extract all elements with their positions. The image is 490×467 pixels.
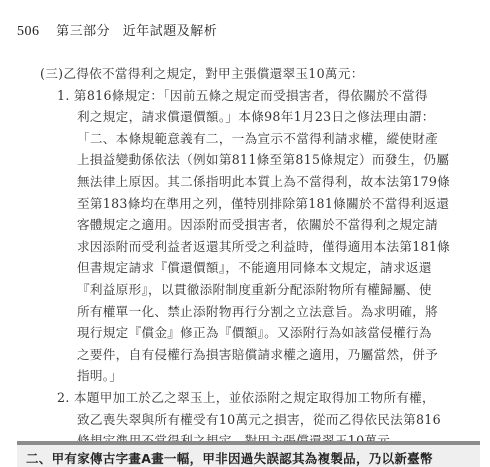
item-1-line: 「二、本條規範意義有二，一為宣示不當得利請求權，縱使財產 xyxy=(77,128,480,150)
item-2-line: 2. 本題甲加工於乙之翠玉上，並依添附之規定取得加工物所有權， xyxy=(57,387,480,409)
item-1-line: 現行規定『償金』修正為『價額』。又添附行為如該當侵權行為 xyxy=(77,322,480,344)
next-question-text: 二、甲有家傳古字畫A畫一幅，甲非因過失誤認其為複製品，乃以新臺幣 xyxy=(26,449,433,467)
item-1-line: 但書規定請求『償還價額』，不能適用同條本文規定，請求返還 xyxy=(77,257,480,279)
item-1-line: 利之規定，請求償還價額。」本條98年1月23日之修法理由謂： xyxy=(77,106,480,128)
next-question-banner: 二、甲有家傳古字畫A畫一幅，甲非因過失誤認其為複製品，乃以新臺幣 xyxy=(17,441,480,467)
answer-item-1: 1. 第816條規定：「因前五條之規定而受損害者，得依關於不當得 利之規定，請求… xyxy=(40,85,480,387)
item-1-line: 所有權單一化、禁止添附物再行分割之立法意旨。為求明確，將 xyxy=(77,301,480,323)
answer-content: (三)乙得依不當得利之規定，對甲主張償還翠玉10萬元： 1. 第816條規定：「… xyxy=(40,63,480,452)
item-1-line: 『利益原形』，以貫徹添附制度重新分配添附物所有權歸屬、使 xyxy=(77,279,480,301)
section-label: 近年試題及解析 xyxy=(123,24,218,39)
item-1-line: 客體規定之適用。因添附而受損害者，依關於不當得利之規定請 xyxy=(77,214,480,236)
section-title: (三)乙得依不當得利之規定，對甲主張償還翠玉10萬元： xyxy=(40,63,480,85)
item-2-line: 致乙喪失翠與所有權受有10萬元之損害，從而乙得依民法第816 xyxy=(77,409,480,431)
part-label: 第三部分 xyxy=(56,24,110,39)
page-header: 506 第三部分 近年試題及解析 xyxy=(17,20,217,40)
item-1-line: 指明。」 xyxy=(77,365,480,387)
item-1-line: 至第183條均在準用之列，僅特別排除第181條關於不當得利返還 xyxy=(77,193,480,215)
item-1-line: 1. 第816條規定：「因前五條之規定而受損害者，得依關於不當得 xyxy=(57,85,480,107)
item-1-line: 之要件，自有侵權行為損害賠償請求權之適用，乃屬當然，併予 xyxy=(77,344,480,366)
page-number: 506 xyxy=(17,24,40,39)
item-1-line: 無法律上原因。其二係指明此本質上為不當得利，故本法第179條 xyxy=(77,171,480,193)
item-1-line: 求因添附而受利益者返還其所受之利益時，僅得適用本法第181條 xyxy=(77,236,480,258)
item-1-line: 上損益變動係依法（例如第811條至第815條規定）而發生，仍屬 xyxy=(77,149,480,171)
